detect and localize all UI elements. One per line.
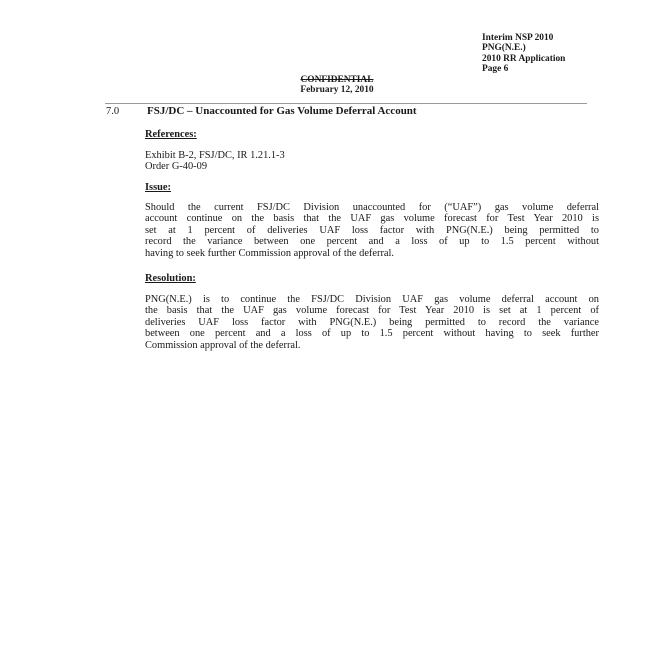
references-block: References: Exhibit B-2, FSJ/DC, IR 1.21… [145, 129, 599, 173]
section-number: 7.0 [106, 106, 119, 117]
issue-line: record the variance between one percent … [145, 236, 599, 248]
issue-line: Should the current FSJ/DC Division unacc… [145, 202, 599, 214]
reference-item: Exhibit B-2, FSJ/DC, IR 1.21.1-3 [145, 150, 599, 162]
header-line: 2010 RR Application [482, 54, 565, 64]
resolution-line: the basis that the UAF gas volume foreca… [145, 305, 599, 317]
confidential-mark: CONFIDENTIAL [262, 75, 412, 85]
document-header-center: CONFIDENTIAL February 12, 2010 [262, 75, 412, 96]
issue-line: set at 1 percent of deliveries UAF loss … [145, 225, 599, 237]
resolution-line: PNG(N.E.) is to continue the FSJ/DC Divi… [145, 294, 599, 306]
reference-item: Order G-40-09 [145, 161, 599, 173]
issue-paragraph: Should the current FSJ/DC Division unacc… [145, 202, 599, 260]
resolution-label: Resolution: [145, 273, 599, 285]
issue-label: Issue: [145, 182, 599, 194]
page-number: Page 6 [482, 64, 565, 74]
resolution-line: deliveries UAF loss factor with PNG(N.E.… [145, 317, 599, 329]
header-line: Interim NSP 2010 [482, 33, 565, 43]
references-label: References: [145, 129, 599, 141]
resolution-line: Commission approval of the deferral. [145, 340, 599, 352]
header-divider [105, 103, 587, 104]
issue-line: having to seek further Commission approv… [145, 248, 599, 260]
resolution-paragraph: PNG(N.E.) is to continue the FSJ/DC Divi… [145, 294, 599, 352]
header-line: PNG(N.E.) [482, 43, 565, 53]
issue-line: account continue on the basis that the U… [145, 213, 599, 225]
document-date: February 12, 2010 [262, 85, 412, 95]
issue-block: Issue: Should the current FSJ/DC Divisio… [145, 182, 599, 260]
resolution-line: between one percent and a loss of up to … [145, 328, 599, 340]
section-title: FSJ/DC – Unaccounted for Gas Volume Defe… [147, 105, 417, 117]
document-header-right: Interim NSP 2010 PNG(N.E.) 2010 RR Appli… [482, 33, 565, 74]
resolution-block: Resolution: PNG(N.E.) is to continue the… [145, 273, 599, 352]
